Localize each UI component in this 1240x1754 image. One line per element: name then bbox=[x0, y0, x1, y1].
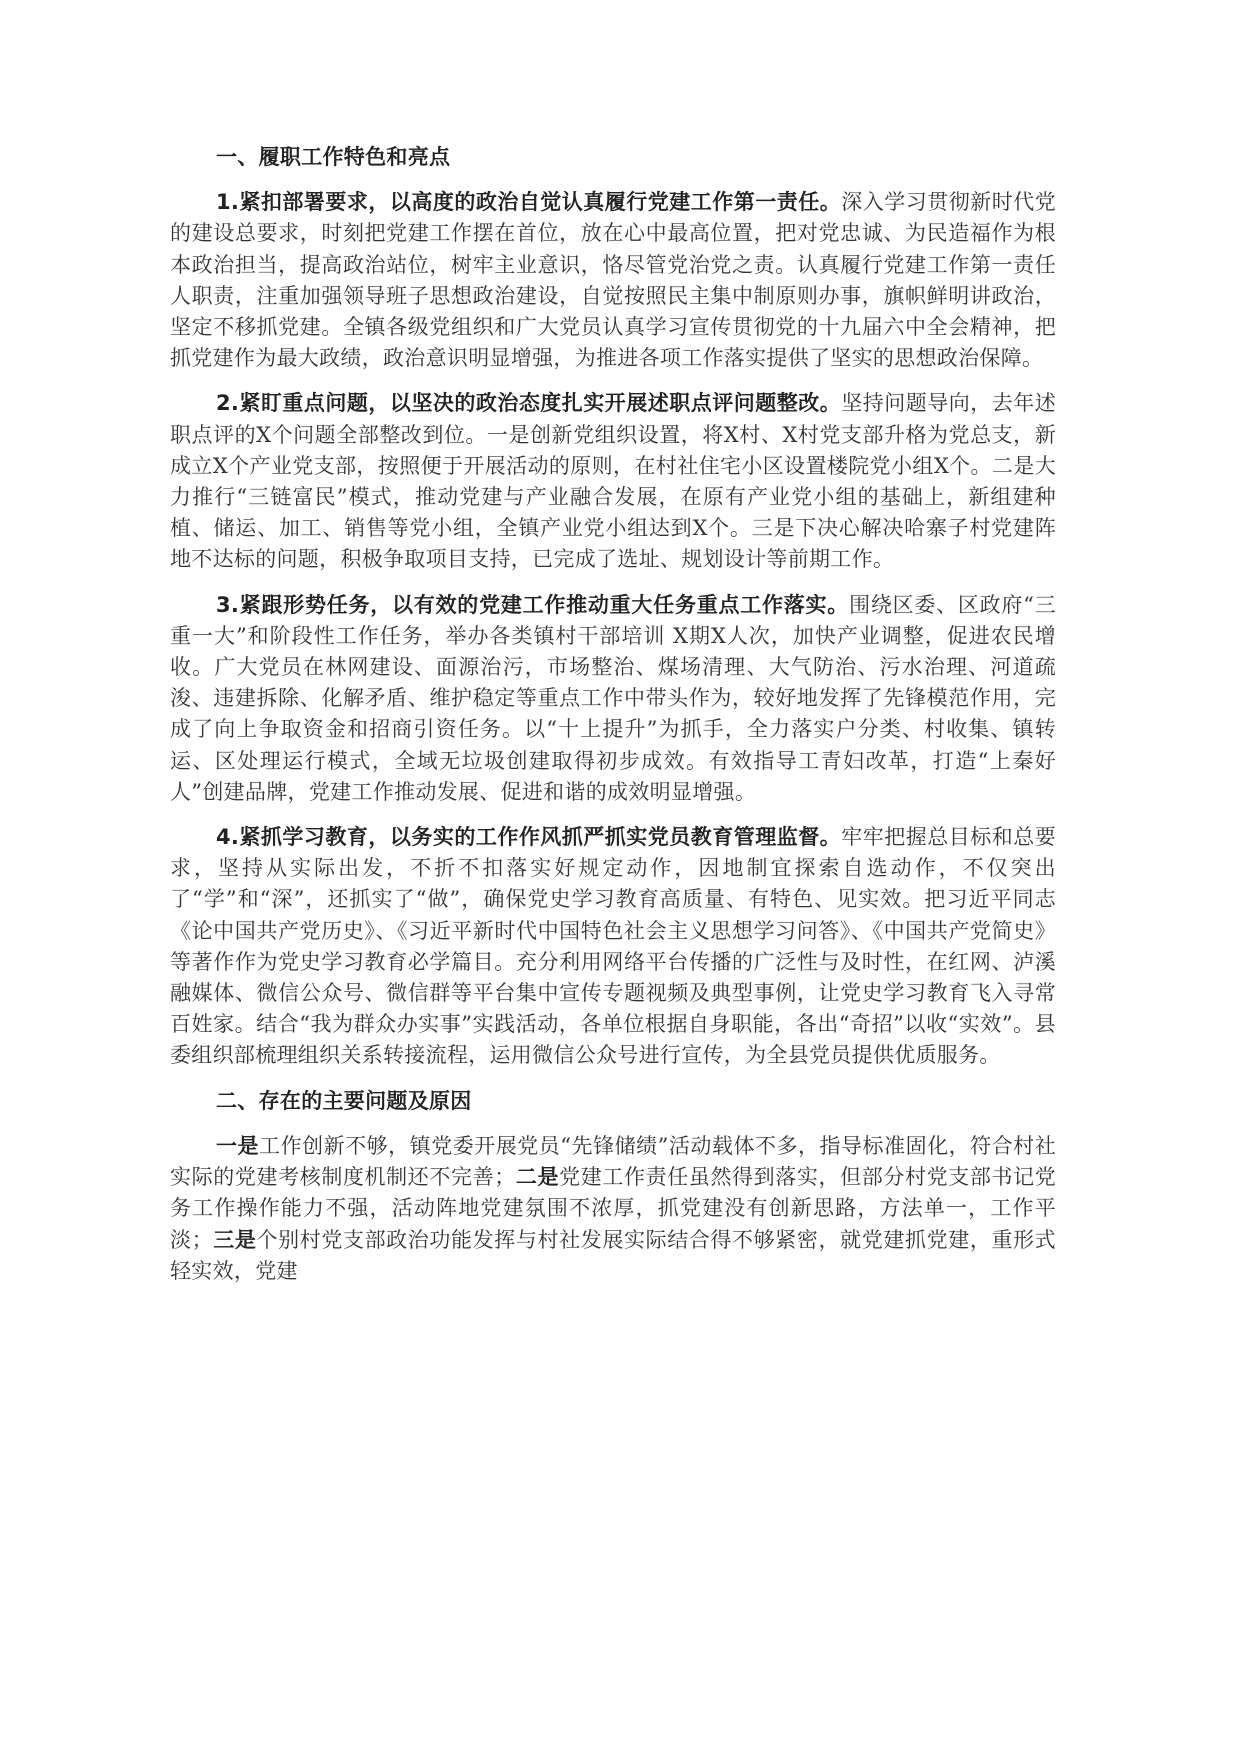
paragraph-item-3: 3.紧跟形势任务，以有效的党建工作推动重大任务重点工作落实。围绕区委、区政府“三… bbox=[170, 590, 1056, 808]
paragraph-item-1: 1.紧扣部署要求，以高度的政治自觉认真履行党建工作第一责任。深入学习贯彻新时代党… bbox=[170, 187, 1056, 374]
paragraph-item-4: 4.紧抓学习教育，以务实的工作作风抓严抓实党员教育管理监督。牢牢把握总目标和总要… bbox=[170, 822, 1056, 1072]
paragraph-body: 牢牢把握总目标和总要求，坚持从实际出发，不折不扣落实好规定动作，因地制宜探索自选… bbox=[170, 825, 1056, 1067]
problem-keyword: 一是 bbox=[216, 1134, 259, 1158]
problems-paragraph: 一是工作创新不够，镇党委开展党员“先锋储绩”活动载体不多，指导标准固化，符合村社… bbox=[170, 1131, 1056, 1287]
problem-keyword: 二是 bbox=[516, 1165, 560, 1189]
paragraph-body: 坚持问题导向，去年述职点评的X个问题全部整改到位。一是创新党组织设置，将X村、X… bbox=[170, 391, 1056, 571]
paragraph-lead: 3.紧跟形势任务，以有效的党建工作推动重大任务重点工作落实。 bbox=[216, 593, 849, 617]
section-heading-2: 二、存在的主要问题及原因 bbox=[170, 1086, 1056, 1117]
document-page: 一、履职工作特色和亮点 1.紧扣部署要求，以高度的政治自觉认真履行党建工作第一责… bbox=[170, 142, 1056, 1301]
section-heading-1: 一、履职工作特色和亮点 bbox=[170, 142, 1056, 173]
problem-keyword: 三是 bbox=[213, 1228, 257, 1252]
paragraph-lead: 1.紧扣部署要求，以高度的政治自觉认真履行党建工作第一责任。 bbox=[216, 190, 841, 214]
paragraph-lead: 2.紧盯重点问题，以坚决的政治态度扎实开展述职点评问题整改。 bbox=[216, 391, 841, 415]
paragraph-body: 围绕区委、区政府“三重一大”和阶段性工作任务，举办各类镇村干部培训 X期X人次，… bbox=[170, 593, 1056, 804]
paragraph-item-2: 2.紧盯重点问题，以坚决的政治态度扎实开展述职点评问题整改。坚持问题导向，去年述… bbox=[170, 388, 1056, 575]
problem-text: 个别村党支部政治功能发挥与村社发展实际结合得不够紧密，就党建抓党建，重形式轻实效… bbox=[170, 1228, 1056, 1283]
paragraph-body: 深入学习贯彻新时代党的建设总要求，时刻把党建工作摆在首位，放在心中最高位置，把对… bbox=[170, 190, 1056, 370]
paragraph-lead: 4.紧抓学习教育，以务实的工作作风抓严抓实党员教育管理监督。 bbox=[216, 825, 841, 849]
